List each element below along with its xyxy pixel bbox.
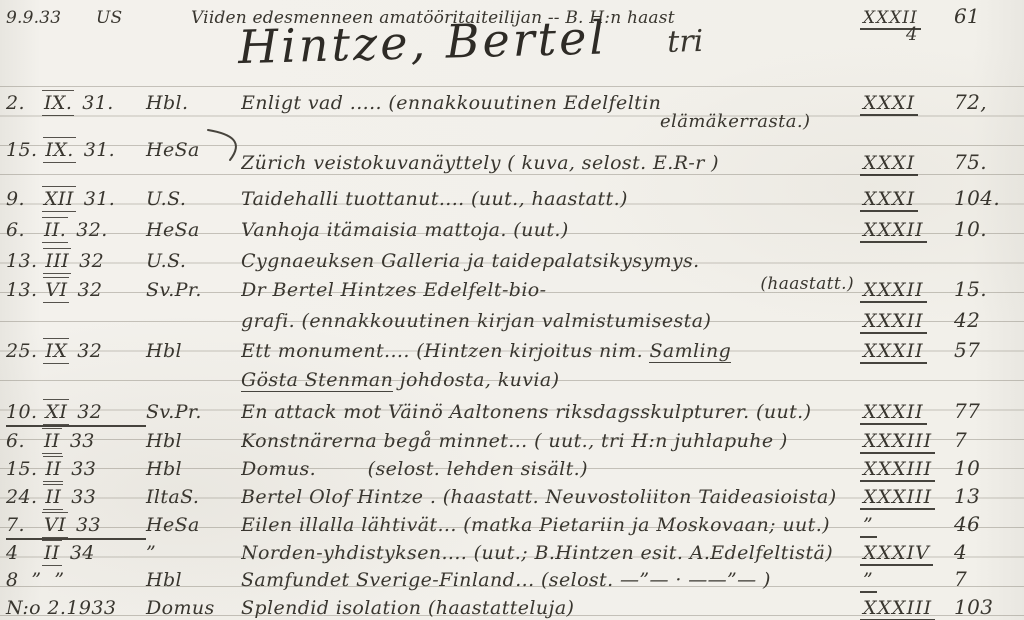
entry-date: 13.VI32 xyxy=(6,277,146,303)
header-volume-note: 4 xyxy=(906,24,917,45)
entry-month: XI xyxy=(43,399,69,425)
entry-page: 77 xyxy=(948,399,1018,423)
entry-volume: XXXIII xyxy=(860,596,948,620)
entry-year: 33 xyxy=(71,457,96,481)
entry-volume-numeral: XXXII xyxy=(860,401,927,425)
entry-line: Zürich veistokuvanäyttely ( kuva, selost… xyxy=(6,150,1018,175)
entry-date: 6.II33 xyxy=(6,428,146,454)
entry-text: Cygnaeuksen Galleria ja taidepalatsikysy… xyxy=(241,249,860,273)
entry-year: 32 xyxy=(77,278,102,302)
entry-date: 6.II.32. xyxy=(6,217,146,243)
entry-date: 8 ” ” xyxy=(6,568,146,592)
entry-source: IltaS. xyxy=(146,485,241,509)
entry-page: 104. xyxy=(948,186,1018,210)
archive-index-card: 9.9.33 US Viiden edesmenneen amatööritai… xyxy=(0,0,1024,620)
entry-year: 32 xyxy=(79,249,104,273)
entry-year: 31. xyxy=(84,187,115,211)
entry-text: Taidehalli tuottanut.... (uut., haastatt… xyxy=(241,187,860,211)
entry-date: 9.XII31. xyxy=(6,186,146,212)
entry-source: Hbl. xyxy=(146,91,241,115)
entry-month: VI xyxy=(43,277,69,303)
entry-line: 2.IX.31. Hbl. Enligt vad ..... (ennakkou… xyxy=(6,90,1018,116)
entry-month: III xyxy=(43,248,71,274)
entry-text: Zürich veistokuvanäyttely ( kuva, selost… xyxy=(241,151,860,175)
entry-year: 32 xyxy=(77,339,102,363)
entry-line: N:o 2.1933 Domus Splendid isolation (haa… xyxy=(6,595,1018,620)
entry-text: Splendid isolation (haastatteluja) xyxy=(241,596,860,620)
entry-source: ” xyxy=(146,541,241,565)
entry-text: Eilen illalla lähtivät... (matka Pietari… xyxy=(241,513,860,537)
entry-line: 7.VI33 HeSa Eilen illalla lähtivät... (m… xyxy=(6,512,1018,540)
entry-month: II xyxy=(43,484,63,510)
entry-text: Gösta Stenman johdosta, kuvia) xyxy=(241,368,860,392)
entry-volume-numeral: XXXIII xyxy=(860,597,935,620)
entry-date: 10.XI32 xyxy=(6,399,146,427)
entry-day: 6. xyxy=(6,218,36,242)
entry-text-underlined: Gösta Stenman xyxy=(241,369,393,392)
entry-page: 46 xyxy=(948,512,1018,536)
entry-day: N:o 2.1933 xyxy=(6,596,116,620)
card-title-qualifier: tri xyxy=(667,24,704,60)
entry-day: 15. xyxy=(6,457,37,481)
entry-year: 31. xyxy=(82,91,113,115)
entry-source: Sv.Pr. xyxy=(146,278,241,302)
entry-volume-numeral: XXXI xyxy=(860,92,918,116)
entry-date: N:o 2.1933 xyxy=(6,596,146,620)
entry-text: Samfundet Sverige-Finland... (selost. —”… xyxy=(241,568,860,592)
entry-text: Dr Bertel Hintzes Edelfelt-bio- xyxy=(241,278,760,302)
entry-day: 8 ” ” xyxy=(6,568,64,592)
entry-volume-numeral: XXXIII xyxy=(860,430,935,454)
entry-text-plain: johdosta, kuvia) xyxy=(393,369,559,391)
entry-volume: ” xyxy=(860,513,948,537)
entry-date: 2.IX.31. xyxy=(6,90,146,116)
entry-date: 15.II33 xyxy=(6,456,146,482)
entry-continuation-line: Gösta Stenman johdosta, kuvia) xyxy=(6,368,1018,392)
entry-volume: XXXII xyxy=(860,400,948,424)
entry-volume: XXXII xyxy=(860,278,948,302)
entry-text-plain: Ett monument.... (Hintzen kirjoitus nim. xyxy=(241,340,649,362)
entry-source: Sv.Pr. xyxy=(146,400,241,424)
header-volume: XXXII xyxy=(860,6,948,30)
entry-source: Domus xyxy=(146,596,241,620)
entry-year: 32. xyxy=(76,218,107,242)
entry-volume-ditto: ” xyxy=(860,569,877,593)
entry-line: 8 ” ” Hbl Samfundet Sverige-Finland... (… xyxy=(6,567,1018,592)
entry-text: Ett monument.... (Hintzen kirjoitus nim.… xyxy=(241,339,860,363)
entry-volume-numeral: XXXI xyxy=(860,188,918,212)
entry-year: 32 xyxy=(77,400,102,424)
entry-month: II xyxy=(42,428,62,454)
entry-day: 7. xyxy=(6,513,36,537)
entry-source: Hbl xyxy=(146,429,241,453)
entry-day: 6. xyxy=(6,429,36,453)
entry-month: II xyxy=(43,456,63,482)
entry-page: 15. xyxy=(948,277,1018,301)
entry-page: 57 xyxy=(948,338,1018,362)
entry-year: 33 xyxy=(71,485,96,509)
entry-volume-numeral: XXXIV xyxy=(860,542,933,566)
entry-text: Konstnärerna begå minnet... ( uut., tri … xyxy=(241,429,860,453)
entry-text: grafi. (ennakkouutinen kirjan valmistumi… xyxy=(241,309,860,333)
entry-volume-numeral: XXXII xyxy=(860,310,927,334)
entry-line: 24.II33 IltaS. Bertel Olof Hintze . (haa… xyxy=(6,484,1018,510)
entry-line: 15.II33 Hbl Domus. (selost. lehden sisäl… xyxy=(6,456,1018,482)
entry-year: 34 xyxy=(70,541,95,565)
entry-day: 2. xyxy=(6,91,36,115)
entry-volume-numeral: XXXII xyxy=(860,340,927,364)
entry-line: 10.XI32 Sv.Pr. En attack mot Väinö Aalto… xyxy=(6,399,1018,427)
entry-volume: XXXI xyxy=(860,91,948,115)
header-date: 9.9.33 xyxy=(6,6,96,30)
entry-source: U.S. xyxy=(146,249,241,273)
entry-source: U.S. xyxy=(146,187,241,211)
entry-page: 42 xyxy=(948,308,1018,332)
entry-page: 75. xyxy=(948,150,1018,174)
entry-volume-ditto: ” xyxy=(860,514,877,538)
entry-volume: XXXIV xyxy=(860,541,948,565)
entry-date: 13.III32 xyxy=(6,248,146,274)
entry-page: 103 xyxy=(948,595,1018,619)
entry-month: VI xyxy=(42,512,68,538)
entry-note: (haastatt.) xyxy=(760,272,854,296)
entry-volume-numeral: XXXII xyxy=(860,279,927,303)
entry-volume: XXXI xyxy=(860,187,948,211)
entry-source: HeSa xyxy=(146,513,241,537)
entry-page: 72, xyxy=(948,90,1018,114)
header-page: 61 xyxy=(948,4,1018,28)
entry-day: 13. xyxy=(6,249,37,273)
entry-day: 25. xyxy=(6,339,37,363)
entry-page: 10 xyxy=(948,456,1018,480)
entry-text: Norden-yhdistyksen.... (uut.; B.Hintzen … xyxy=(241,541,860,565)
entry-year: 33 xyxy=(76,513,101,537)
entry-line: 9.XII31. U.S. Taidehalli tuottanut.... (… xyxy=(6,186,1018,212)
entry-line: 6.II33 Hbl Konstnärerna begå minnet... (… xyxy=(6,428,1018,454)
entry-source: Hbl xyxy=(146,339,241,363)
entry-date: 4II34 xyxy=(6,540,146,566)
entry-source: Hbl xyxy=(146,457,241,481)
entry-day: 24. xyxy=(6,485,37,509)
entry-day: 4 xyxy=(6,541,36,565)
entry-day: 9. xyxy=(6,187,36,211)
entry-source: Hbl xyxy=(146,568,241,592)
entry-volume: XXXII xyxy=(860,339,948,363)
entry-page: 4 xyxy=(948,540,1018,564)
entry-volume-numeral: XXXII xyxy=(860,219,927,243)
header-source: US xyxy=(96,6,191,30)
entry-month: II xyxy=(42,540,62,566)
entry-volume-numeral: XXXIII xyxy=(860,486,935,510)
entry-volume: XXXIII xyxy=(860,429,948,453)
entry-month: XII xyxy=(42,186,76,212)
entry-line: 13.III32 U.S. Cygnaeuksen Galleria ja ta… xyxy=(6,248,1018,274)
entry-page: 10. xyxy=(948,217,1018,241)
entry-volume: XXXIII xyxy=(860,457,948,481)
entry-volume: XXXII xyxy=(860,218,948,242)
entry-year: 33 xyxy=(70,429,95,453)
entry-line: 4II34 ” Norden-yhdistyksen.... (uut.; B.… xyxy=(6,540,1018,566)
entry-volume: XXXI xyxy=(860,151,948,175)
entry-text: Vanhoja itämaisia mattoja. (uut.) xyxy=(241,218,860,242)
entry-page: 7 xyxy=(948,567,1018,591)
card-title-name: Hintze, Bertel xyxy=(237,10,607,74)
entry-line: 25.IX32 Hbl Ett monument.... (Hintzen ki… xyxy=(6,338,1018,364)
entry-page: 13 xyxy=(948,484,1018,508)
entry-date: 25.IX32 xyxy=(6,338,146,364)
entry-volume: XXXIII xyxy=(860,485,948,509)
entry-text: Bertel Olof Hintze . (haastatt. Neuvosto… xyxy=(241,485,860,509)
entry-source: HeSa xyxy=(146,218,241,242)
entry-text: En attack mot Väinö Aaltonens riksdagssk… xyxy=(241,400,860,424)
entry-volume-numeral: XXXI xyxy=(860,152,918,176)
entry-month: IX. xyxy=(42,90,74,116)
entry-text: Domus. (selost. lehden sisält.) xyxy=(241,457,860,481)
entry-volume: XXXII xyxy=(860,309,948,333)
entry-day: 13. xyxy=(6,278,37,302)
entry-page: 7 xyxy=(948,428,1018,452)
entry-line: grafi. (ennakkouutinen kirjan valmistumi… xyxy=(6,308,1018,333)
entry-volume-numeral: XXXIII xyxy=(860,458,935,482)
entry-text-underlined: Samling xyxy=(649,340,731,363)
entry-date: 24.II33 xyxy=(6,484,146,510)
card-title: Hintze, Bertel tri xyxy=(237,8,703,74)
entry-month: II. xyxy=(42,217,68,243)
entry-volume: ” xyxy=(860,568,948,592)
entry-day: 10. xyxy=(6,400,37,424)
entry-line: 6.II.32. HeSa Vanhoja itämaisia mattoja.… xyxy=(6,217,1018,243)
entry-date: 7.VI33 xyxy=(6,512,146,540)
entry-line: 13.VI32 Sv.Pr. Dr Bertel Hintzes Edelfel… xyxy=(6,277,1018,303)
entry-month: IX xyxy=(43,338,69,364)
